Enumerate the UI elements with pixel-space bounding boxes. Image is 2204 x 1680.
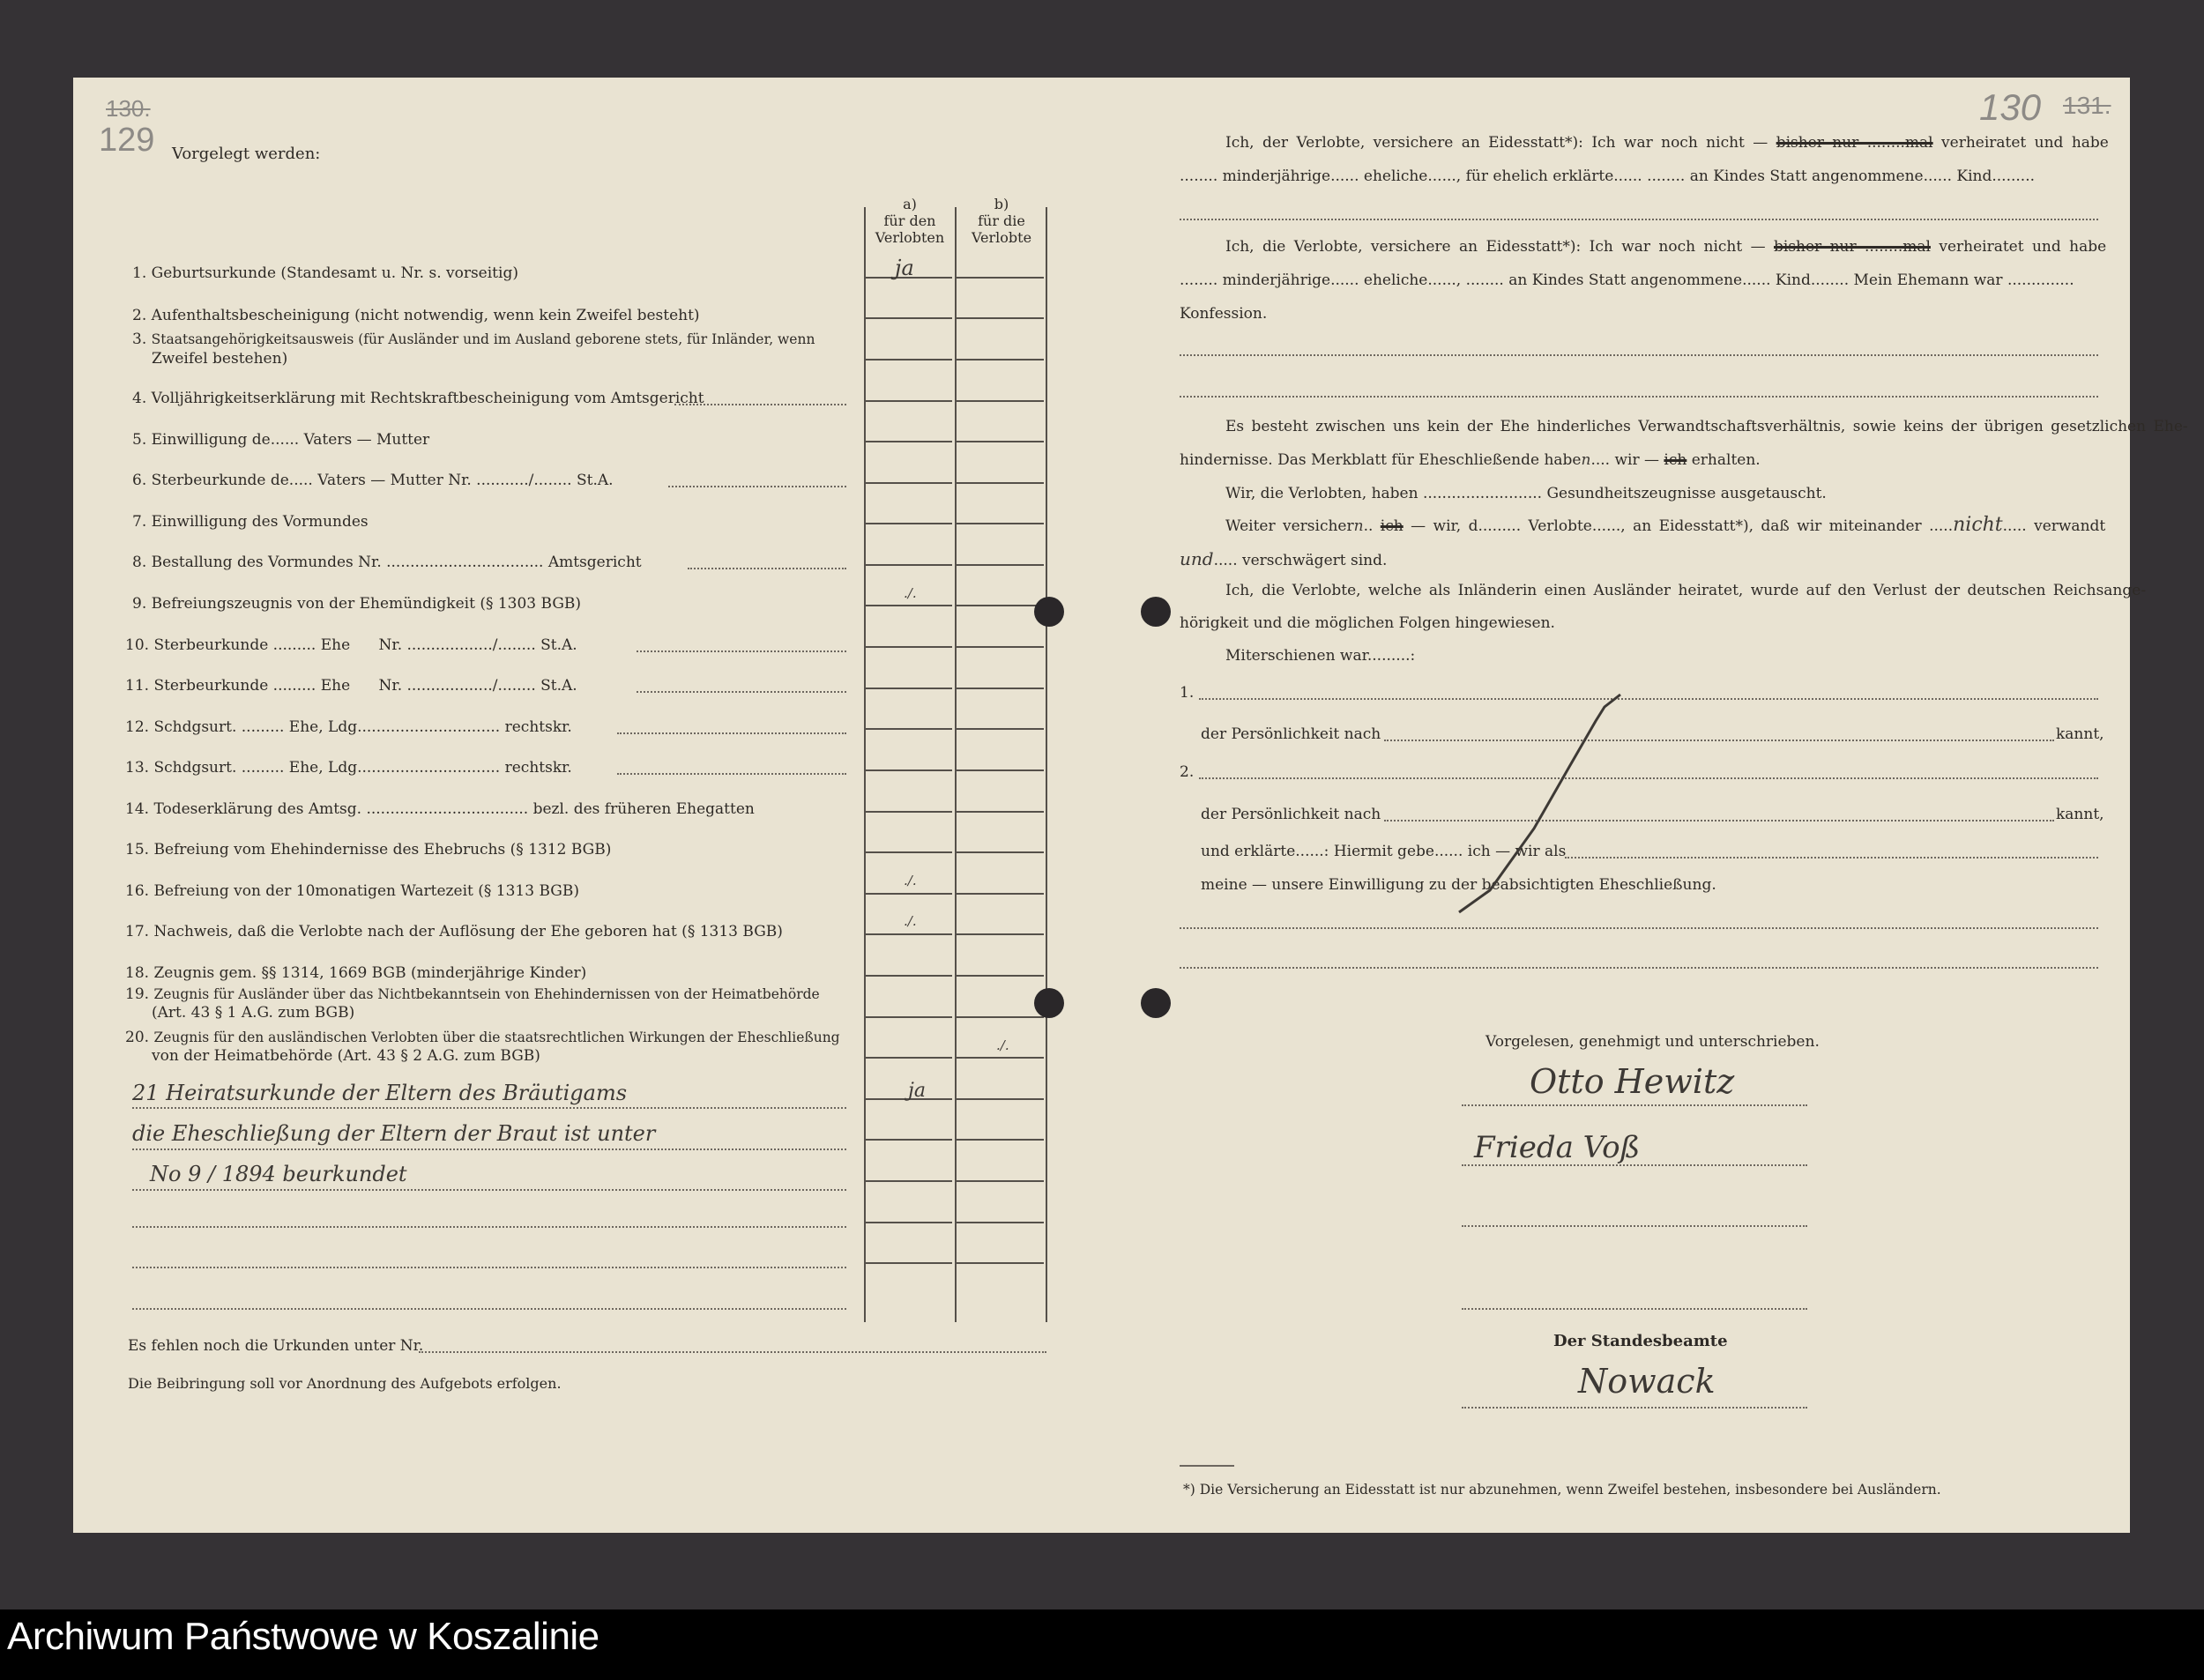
also-present: Miterschienen war.........: [1225,647,1415,665]
list-item-10-dots [637,650,846,652]
witness-1-dots [1199,698,2098,700]
row-line [957,523,1044,524]
row-line [957,728,1044,730]
blank-dots-5 [132,1267,846,1268]
list-item-11-dots [637,691,846,693]
bride-dots-1 [1180,354,2098,356]
row-line [866,400,952,402]
groom-declaration: Ich, der Verlobte, versichere an Eidesst… [1225,134,2109,152]
punch-hole [1141,597,1171,627]
kinship-declaration: Es besteht zwischen uns kein der Ehe hin… [1225,418,2188,435]
consent-dots [1565,857,2098,859]
list-item-17: 17. Nachweis, daß die Verlobte nach der … [125,923,783,940]
row-line [957,646,1044,648]
row-line [866,688,952,689]
list-item-20-cont: von der Heimatbehörde (Art. 43 § 2 A.G. … [152,1047,540,1065]
witness-1-known-end: kannt, [2056,725,2104,743]
column-a-label: a) [864,196,956,212]
witness-2-known-end: kannt, [2056,806,2104,823]
list-item-7: 7. Einwilligung des Vormundes [132,513,369,531]
witness-2-dots [1199,777,2098,779]
row-line [866,893,952,895]
table-line-right [1046,207,1047,1322]
row-line [957,605,1044,606]
punch-hole [1034,597,1064,627]
list-item-18: 18. Zeugnis gem. §§ 1314, 1669 BGB (mind… [125,964,586,982]
handwritten-dots-2 [132,1148,846,1150]
row-line [866,1139,952,1141]
signature-line-3 [1462,1225,1807,1227]
row-line [957,441,1044,442]
row-line [957,1222,1044,1223]
mark-item-9-a: ./. [904,585,917,601]
groom-dots [1180,219,2098,220]
list-item-8: 8. Bestallung des Vormundes Nr. ........… [132,554,642,571]
row-line [957,400,1044,402]
list-item-1: 1. Geburtsurkunde (Standesamt u. Nr. s. … [132,264,518,282]
kinship-declaration-line2: hindernisse. Das Merkblatt für Eheschlie… [1180,451,1761,469]
list-item-13: 13. Schdgsurt. ......... Ehe, Ldg.......… [125,759,572,777]
list-item-13-dots [617,773,846,775]
further-declaration: Weiter versichern.. ich — wir, d........… [1225,517,2105,535]
row-line [957,975,1044,977]
row-line [866,605,952,606]
handwritten-line-1: 21 Heiratsurkunde der Eltern des Bräutig… [132,1081,627,1105]
list-item-8-dots [688,568,846,569]
row-line [866,933,952,935]
list-item-6-dots [668,486,846,487]
list-item-6: 6. Sterbeurkunde de..... Vaters — Mutter… [132,472,614,489]
witness-1-known: der Persönlichkeit nach [1201,725,1381,743]
list-item-15: 15. Befreiung vom Ehehindernisse des Ehe… [125,841,611,859]
foreign-declaration-line2: hörigkeit und die möglichen Folgen hinge… [1180,614,1555,632]
row-line [866,769,952,771]
row-line [866,1057,952,1059]
blank-dots-6 [132,1308,846,1310]
row-line [957,359,1044,361]
foreign-declaration: Ich, die Verlobte, welche als Inländerin… [1225,582,2146,599]
row-line [866,975,952,977]
row-line [957,851,1044,853]
list-item-3-cont: Zweifel bestehen) [152,350,287,368]
footnote-divider [1180,1465,1234,1467]
list-item-2: 2. Aufenthaltsbescheinigung (nicht notwe… [132,307,700,324]
signature-bride: Frieda Voß [1474,1130,1640,1165]
row-line [957,277,1044,279]
row-line [866,728,952,730]
row-line [957,1098,1044,1100]
handwritten-dots-1 [132,1107,846,1109]
row-line [866,359,952,361]
handwritten-dots-3 [132,1189,846,1191]
row-line [866,564,952,566]
archive-footer-bar: Archiwum Państwowe w Koszalinie [0,1609,2204,1680]
pencil-number-right: 130 [1979,86,2041,129]
list-item-5: 5. Einwilligung de...... Vaters — Mutter [132,431,429,449]
further-declaration-line2: und..... verschwägert sind. [1180,550,1387,569]
row-line [866,482,952,484]
row-line [957,933,1044,935]
row-line [957,564,1044,566]
heading-vorgelegt: Vorgelegt werden: [172,145,320,163]
signature-line-2 [1462,1164,1807,1166]
column-header-b: b) für die Verlobte [956,196,1047,246]
registrar-signature: Nowack [1578,1362,1716,1401]
row-line [866,523,952,524]
table-line-left [864,207,866,1322]
column-b-text-2: Verlobte [956,229,1047,246]
punch-hole [1141,988,1171,1018]
row-line [866,1180,952,1182]
list-item-11: 11. Sterbeurkunde ......... Ehe Nr. ....… [125,677,577,695]
row-line [957,482,1044,484]
list-item-14: 14. Todeserklärung des Amtsg. ..........… [125,800,755,818]
signature-line-1 [1462,1104,1807,1106]
row-line [957,1016,1044,1018]
mark-item-1-a: ja [895,256,914,280]
handwritten-line-3: No 9 / 1894 beurkundet [150,1162,407,1186]
row-line [957,811,1044,813]
signature-line-4 [1462,1308,1807,1310]
cancel-stroke [1384,688,1631,917]
mark-item-20-b: ./. [996,1037,1009,1053]
read-approved-signed: Vorgelesen, genehmigt und unterschrieben… [1485,1033,1820,1051]
table-line-mid [955,207,957,1322]
archive-name: Archiwum Państwowe w Koszalinie [7,1615,599,1659]
footnote: *) Die Versicherung an Eidesstatt ist nu… [1183,1481,1941,1498]
punch-hole [1034,988,1064,1018]
mark-item-16-a: ./. [904,873,917,888]
groom-declaration-line2: ........ minderjährige...... eheliche...… [1180,167,2035,185]
list-item-20: 20. Zeugnis für den ausländischen Verlob… [125,1029,840,1046]
registrar-title: Der Standesbeamte [1553,1333,1728,1350]
pencil-number-left-old: 130. [106,95,151,123]
row-line [957,1139,1044,1141]
row-line [957,1180,1044,1182]
row-line [957,893,1044,895]
column-a-text-2: Verlobten [864,229,956,246]
pencil-number-right-old: 131. [2063,92,2111,120]
list-item-9: 9. Befreiungszeugnis von der Ehemündigke… [132,595,581,613]
bride-declaration: Ich, die Verlobte, versichere an Eidesst… [1225,238,2106,256]
row-line [866,317,952,319]
submission-note: Die Beibringung soll vor Anordnung des A… [128,1375,562,1393]
list-item-16: 16. Befreiung von der 10monatigen Wartez… [125,882,579,900]
witness-2-number: 2. [1180,763,1194,781]
health-certificates: Wir, die Verlobten, haben ..............… [1225,485,1827,502]
list-item-12-dots [617,732,846,734]
mark-handwritten-a: ja [908,1080,926,1102]
column-b-text-1: für die [956,212,1047,229]
row-line [957,769,1044,771]
row-line [866,1222,952,1223]
bride-dots-2 [1180,396,2098,398]
list-item-4: 4. Volljährigkeitserklärung mit Rechtskr… [132,390,704,407]
row-line [866,1262,952,1264]
blank-dots-4 [132,1226,846,1228]
row-line [957,1262,1044,1264]
pencil-number-left: 129 [99,122,154,160]
list-item-3: 3. Staatsangehörigkeitsausweis (für Ausl… [132,331,815,348]
row-line [866,441,952,442]
row-line [866,811,952,813]
column-b-label: b) [956,196,1047,212]
column-a-text-1: für den [864,212,956,229]
mark-item-17-a: ./. [904,913,917,929]
bride-declaration-line2: ........ minderjährige...... eheliche...… [1180,271,2074,289]
list-item-12: 12. Schdgsurt. ......... Ehe, Ldg.......… [125,718,572,736]
list-item-19-cont: (Art. 43 § 1 A.G. zum BGB) [152,1004,354,1022]
missing-documents-dots [419,1351,1046,1353]
witness-1-number: 1. [1180,684,1194,702]
registrar-signature-line [1462,1407,1807,1409]
row-line [866,646,952,648]
witness-2-known: der Persönlichkeit nach [1201,806,1381,823]
blank-dots-r1 [1180,927,2098,929]
row-line [866,851,952,853]
row-line [957,688,1044,689]
list-item-10: 10. Sterbeurkunde ......... Ehe Nr. ....… [125,636,577,654]
column-header-a: a) für den Verlobten [864,196,956,246]
list-item-4-dots [674,404,846,405]
missing-documents: Es fehlen noch die Urkunden unter Nr. [128,1337,423,1355]
handwritten-line-2: die Eheschließung der Eltern der Braut i… [132,1121,655,1146]
row-line [957,317,1044,319]
signature-groom: Otto Hewitz [1530,1062,1734,1101]
list-item-19: 19. Zeugnis für Ausländer über das Nicht… [125,985,820,1003]
row-line [957,1057,1044,1059]
row-line [866,1016,952,1018]
blank-dots-r2 [1180,967,2098,969]
bride-declaration-line3: Konfession. [1180,305,1267,323]
